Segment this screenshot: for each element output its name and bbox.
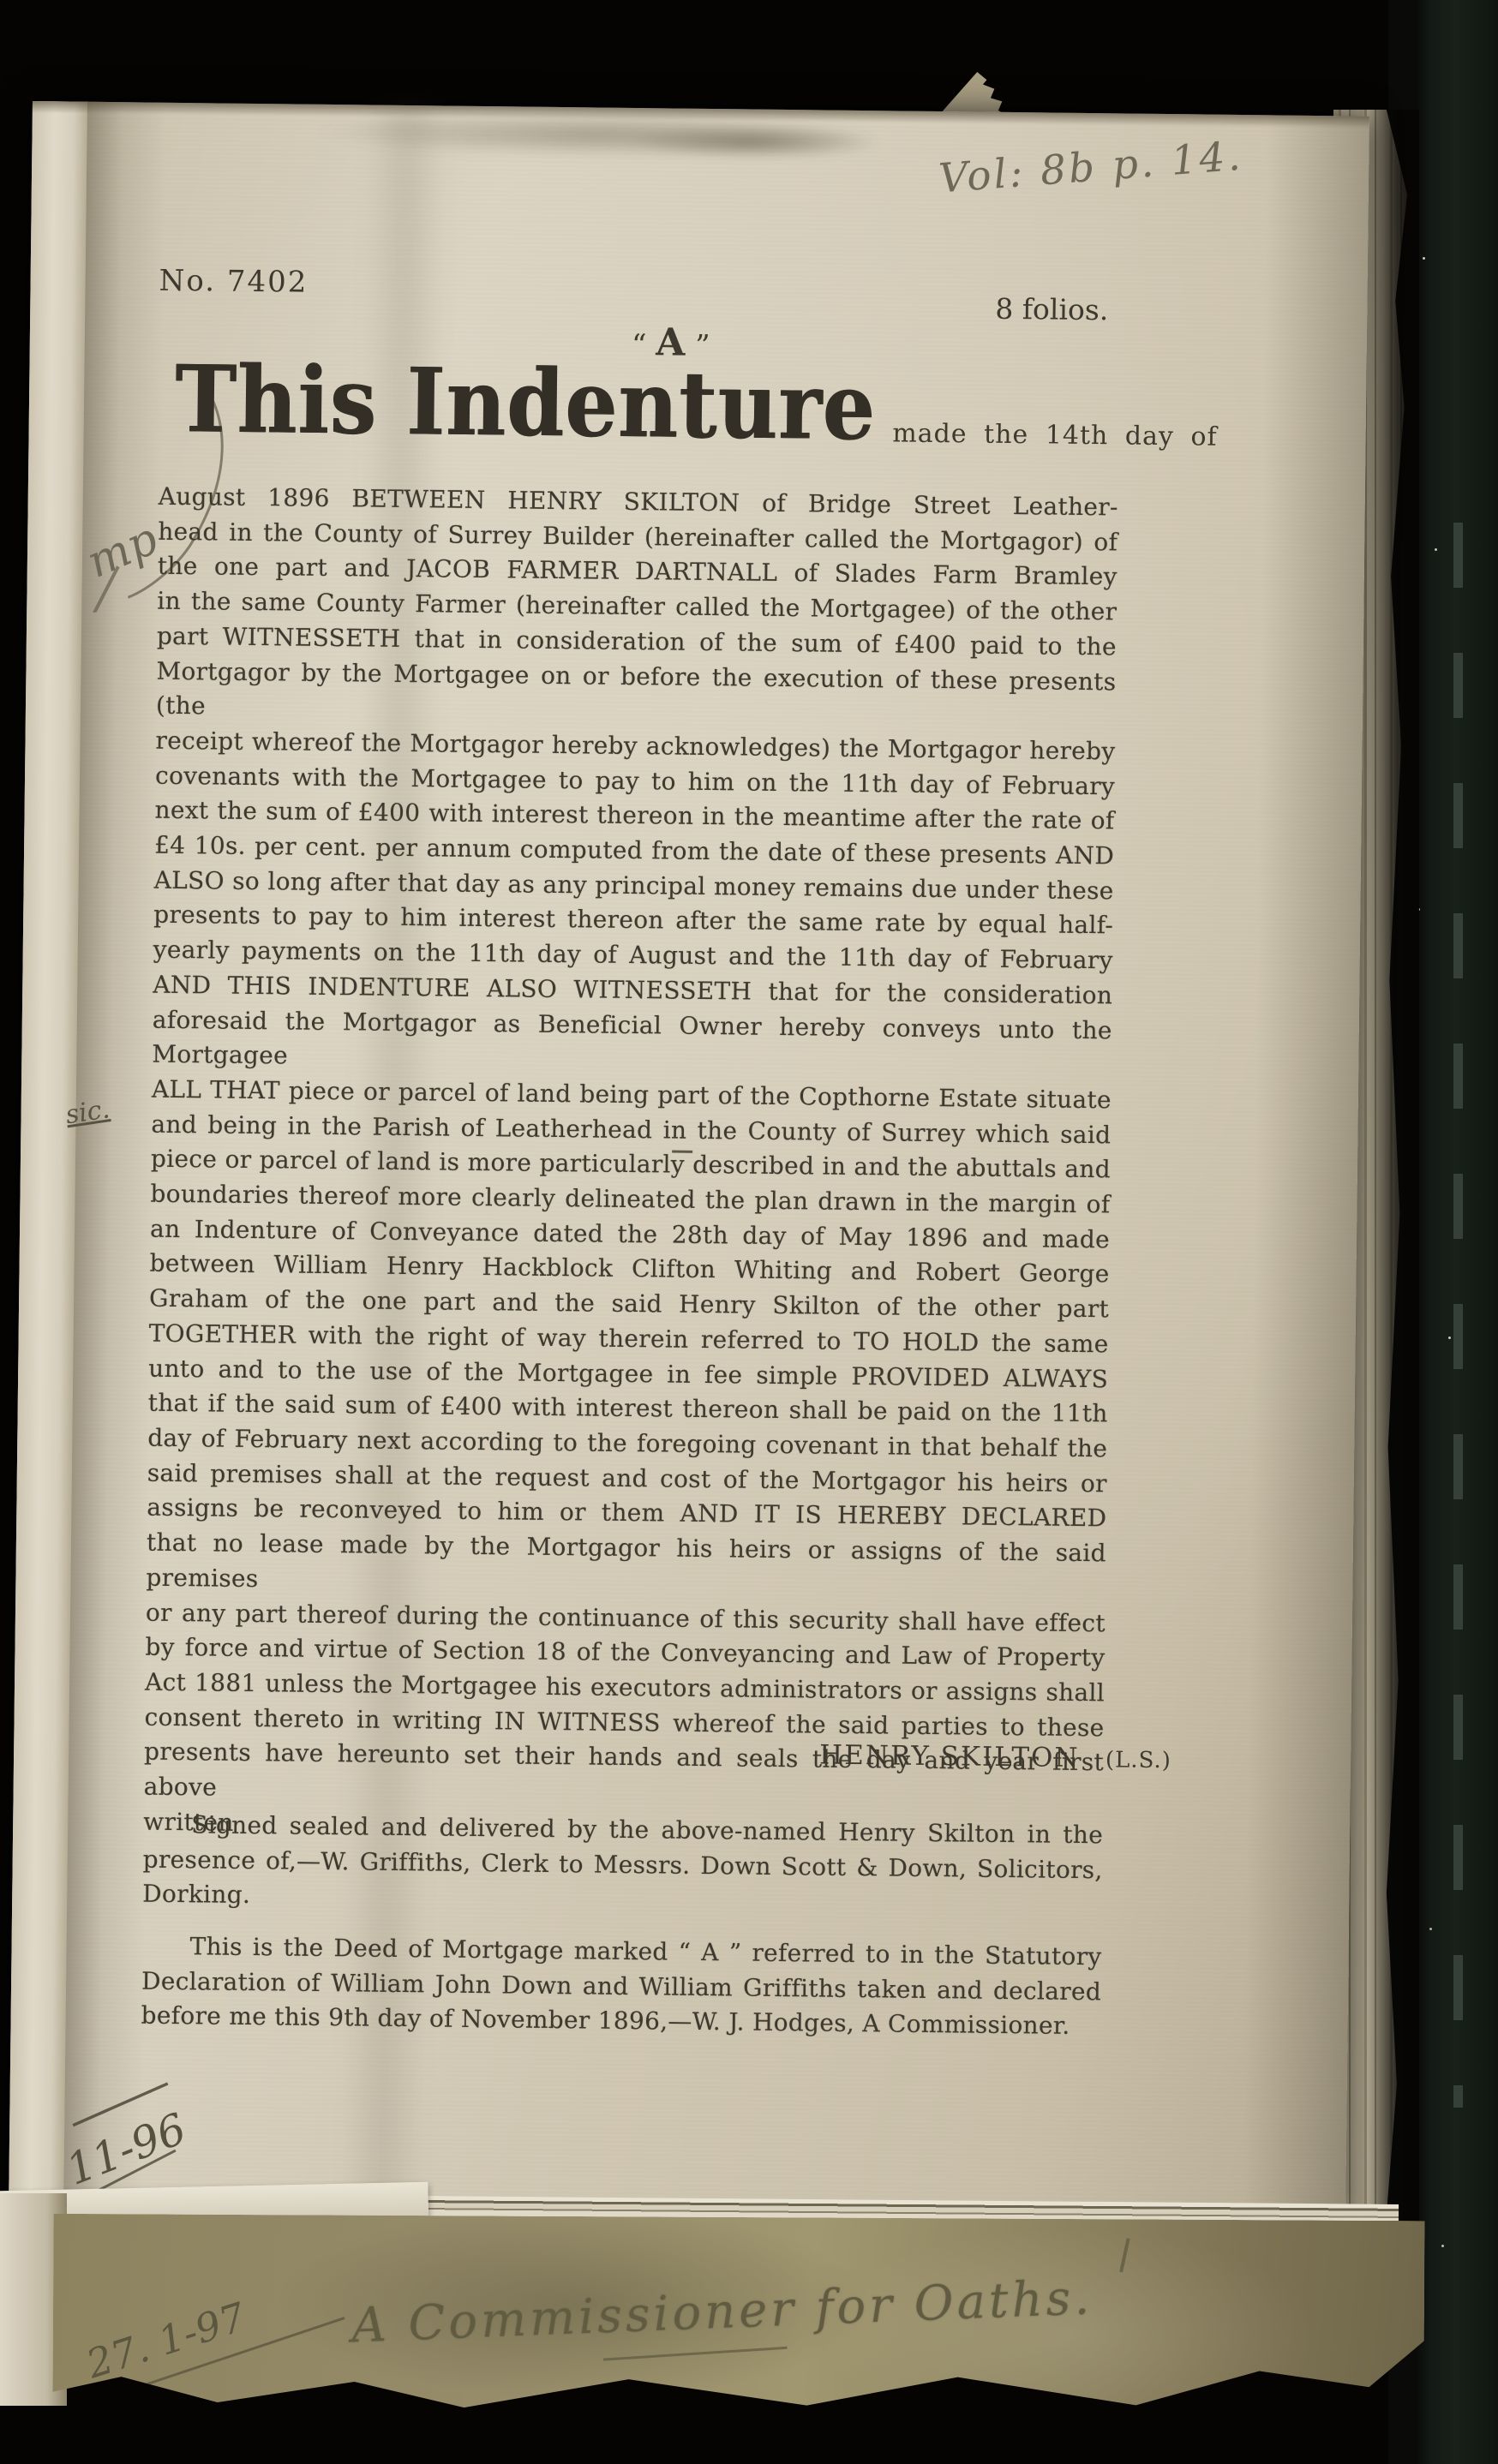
folio-count: 8 folios. [940,291,1108,326]
sic-margin-note: sic. [63,1094,111,1130]
insertion-caret-mark [672,1151,692,1153]
signatory-name: HENRY SKILTON [819,1740,1080,1773]
deed-heading-suffix: made the 14th day of [892,418,1218,452]
deed-page: Vol: 8b p. 14. No. 7402 8 folios. “ A ” … [9,101,1369,2228]
signature-row: HENRY SKILTON (L.S.) [819,1740,1171,1775]
certification-paragraph: This is the Deed of Mortgage marked “ A … [141,1929,1101,2045]
pen-tick-mark [1119,2238,1129,2272]
filing-date-january-text: 27. 1-97 [81,2294,252,2388]
script-underline-stroke [603,2347,788,2361]
filing-date-january: 27. 1-97 [61,2258,370,2406]
filing-date-november-text: 11-96 [60,2103,193,2194]
cover-stitching-ridges [1453,523,1463,2108]
document-number: No. 7402 [159,264,308,300]
examiner-initials-text: mp [80,513,165,589]
deed-text-line: that no lease made by the Mortgagor his … [146,1526,1106,1606]
deed-text-line: aforesaid the Mortgagor as Beneficial Ow… [152,1002,1112,1083]
fore-edge-shadow [1368,110,1419,2233]
cover-dust-specks [1423,257,1425,260]
deed-heading-row: This Indenture made the 14th day of [174,356,1255,465]
deed-text-line: Mortgagor by the Mortgagee on or before … [156,654,1117,734]
commissioner-script-signature: A Commissioner for Oaths. [351,2270,1094,2353]
deed-heading: This Indenture [174,344,876,461]
photographed-deed-page: Vol: 8b p. 14. No. 7402 8 folios. “ A ” … [0,0,1498,2464]
seal-abbreviation [1089,1747,1106,1773]
seal-text: (L.S.) [1106,1747,1171,1773]
under-page: A Commissioner for Oaths. 27. 1-97 [52,2214,1424,2414]
deed-body-text: August 1896 BETWEEN HENRY SKILTON of Bri… [143,480,1118,1851]
attestation-paragraph: Signed sealed and delivered by the above… [142,1808,1103,1923]
